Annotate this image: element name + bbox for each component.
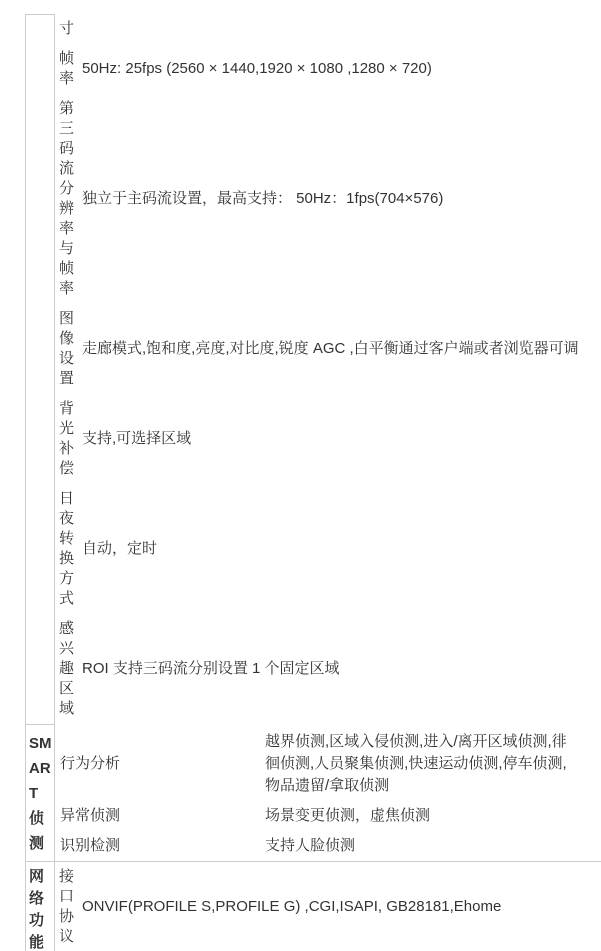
table-row: 背光补偿 支持,可选择区域 — [55, 394, 601, 484]
table-row: 第三码流分辨率与帧率 独立于主码流设置，最高支持： 50Hz：1fps(704×… — [55, 94, 601, 304]
param-value: 50Hz: 25fps (2560 × 1440,1920 × 1080 ,12… — [80, 44, 601, 94]
table-row: 日夜转换方式 自动，定时 — [55, 484, 601, 614]
table-row: 行为分析 越界侦测,区域入侵侦测,进入/离开区域侦测,徘徊侦测,人员聚集侦测,快… — [55, 727, 601, 801]
param-label-roi: 感兴趣区域 — [55, 614, 80, 724]
param-value: 支持,可选择区域 — [80, 394, 601, 484]
spec-table-page: 寸 帧率 50Hz: 25fps (2560 × 1440,1920 × 108… — [0, 0, 601, 951]
param-label-interface-protocol: 接口协议 — [55, 862, 80, 951]
group-cell-network: 网络功能 — [25, 862, 55, 951]
param-label-image-settings: 图像设置 — [55, 304, 80, 394]
group-cell-video — [25, 14, 55, 724]
param-label-recognition-detection: 识别检测 — [55, 833, 263, 859]
spec-section-video: 寸 帧率 50Hz: 25fps (2560 × 1440,1920 × 108… — [25, 14, 601, 724]
param-value: 支持人脸侦测 — [263, 833, 601, 859]
table-row: 图像设置 走廊模式,饱和度,亮度,对比度,锐度 AGC ,白平衡通过客户端或者浏… — [55, 304, 601, 394]
param-value — [80, 14, 601, 44]
table-row: 感兴趣区域 ROI 支持三码流分别设置 1 个固定区域 — [55, 614, 601, 724]
param-value: 走廊模式,饱和度,亮度,对比度,锐度 AGC ,白平衡通过客户端或者浏览器可调 — [80, 304, 601, 394]
table-row: 识别检测 支持人脸侦测 — [55, 831, 601, 861]
table-row: 寸 — [55, 14, 601, 44]
spec-section-smart: SMART侦测 行为分析 越界侦测,区域入侵侦测,进入/离开区域侦测,徘徊侦测,… — [25, 724, 601, 861]
table-row: 帧率 50Hz: 25fps (2560 × 1440,1920 × 1080 … — [55, 44, 601, 94]
network-rows: 接口协议 ONVIF(PROFILE S,PROFILE G) ,CGI,ISA… — [55, 862, 601, 951]
param-label-behavior-analysis: 行为分析 — [55, 729, 263, 799]
param-label-day-night: 日夜转换方式 — [55, 484, 80, 614]
param-label-size-tail: 寸 — [55, 14, 80, 44]
param-label-framerate: 帧率 — [55, 44, 80, 94]
param-label-third-stream: 第三码流分辨率与帧率 — [55, 94, 80, 304]
param-label-blc: 背光补偿 — [55, 394, 80, 484]
param-value: 场景变更侦测，虚焦侦测 — [263, 803, 601, 829]
spec-section-network: 网络功能 接口协议 ONVIF(PROFILE S,PROFILE G) ,CG… — [25, 861, 601, 951]
video-rows: 寸 帧率 50Hz: 25fps (2560 × 1440,1920 × 108… — [55, 14, 601, 724]
smart-rows: 行为分析 越界侦测,区域入侵侦测,进入/离开区域侦测,徘徊侦测,人员聚集侦测,快… — [55, 724, 601, 861]
param-value: 越界侦测,区域入侵侦测,进入/离开区域侦测,徘徊侦测,人员聚集侦测,快速运动侦测… — [263, 729, 601, 799]
param-value: 独立于主码流设置，最高支持： 50Hz：1fps(704×576) — [80, 94, 601, 304]
param-label-anomaly-detection: 异常侦测 — [55, 803, 263, 829]
param-value: ROI 支持三码流分别设置 1 个固定区域 — [80, 614, 601, 724]
param-value: ONVIF(PROFILE S,PROFILE G) ,CGI,ISAPI, G… — [80, 862, 601, 951]
group-cell-smart: SMART侦测 — [25, 724, 55, 861]
table-row: 接口协议 ONVIF(PROFILE S,PROFILE G) ,CGI,ISA… — [55, 862, 601, 951]
table-row: 异常侦测 场景变更侦测，虚焦侦测 — [55, 801, 601, 831]
param-value: 自动，定时 — [80, 484, 601, 614]
